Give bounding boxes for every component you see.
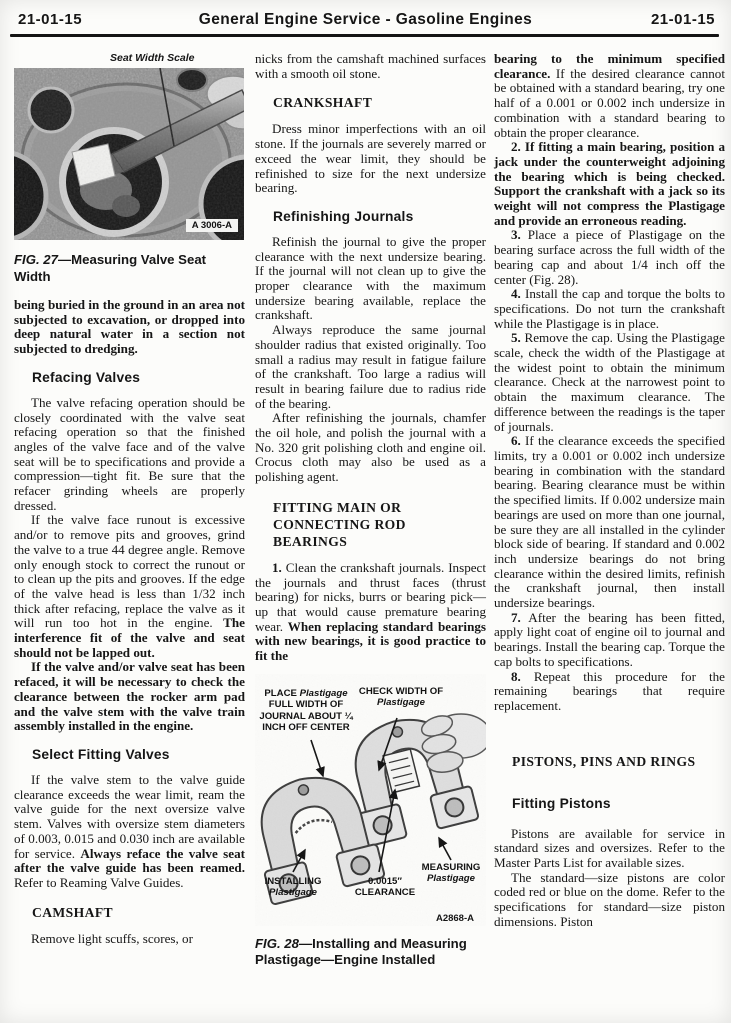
header-rule [10,34,719,37]
manual-page: 21-01-15 General Engine Service - Gasoli… [0,0,731,1023]
step-8-number: 8. [511,669,521,684]
heading-camshaft: CAMSHAFT [32,905,245,921]
paragraph-step-1: 1. Clean the crankshaft journals. Inspec… [255,561,486,664]
step-7-text: After the bearing has been fitted, apply… [494,610,725,669]
heading-refinishing-journals: Refinishing Journals [273,209,486,224]
heading-refacing-valves: Refacing Valves [32,370,245,385]
step-5-text: Remove the cap. Using the Plastigage sca… [494,330,725,433]
step-4-text: Install the cap and torque the bolts to … [494,286,725,330]
fig28-label-measuring: MEASURINGPlastigage [417,862,485,885]
paragraph-select-fitting: If the valve stem to the valve guide cle… [14,773,245,891]
fig28-label-installing: INSTALLINGPlastigage [257,876,329,899]
step-8-text: Repeat this procedure for the remaining … [494,669,725,713]
column-right: bearing to the minimum specified clearan… [494,52,725,930]
fig28-caption-number: FIG. 28 [255,936,299,951]
fig28-label-check-italic: Plastigage [377,697,425,708]
fig28-label-place-italic: Plastigage [300,688,348,699]
fig28-label-place-pre: PLACE [264,688,299,699]
paragraph-pistons-1: Pistons are available for service in sta… [494,827,725,871]
paragraph-step-8: 8. Repeat this procedure for the remaini… [494,670,725,714]
fig28-label-installing-line1: INSTALLING [265,876,322,887]
paragraph-step-3: 3. Place a piece of Plastigage on the be… [494,228,725,287]
valve-seat-photo-graphic [14,68,244,240]
step-3-number: 3. [511,227,521,242]
fig28-label-clearance-word: CLEARANCE [355,887,415,898]
step-6-number: 6. [511,433,521,448]
fig28-label-place: PLACE Plastigage FULL WIDTH OF JOURNAL A… [255,688,357,734]
step-1-bold: When replacing standard bearings with ne… [255,619,486,663]
page-title: General Engine Service - Gasoline Engine… [0,11,731,29]
fig28-label-check-width: CHECK WIDTH OFPlastigage [351,686,451,709]
paragraph-pistons-2: The standard—size pistons are color code… [494,871,725,930]
paragraph-refinish-2: Always reproduce the same journal should… [255,323,486,411]
heading-select-fitting-valves: Select Fitting Valves [32,747,245,762]
fig28-label-check-line1: CHECK WIDTH OF [359,686,443,697]
paragraph-dress: Dress minor imperfections with an oil st… [255,122,486,196]
paragraph-select-b: Refer to Reaming Valve Guides. [14,875,184,890]
heading-pistons-pins-rings: PISTONS, PINS AND RINGS [512,754,725,770]
paragraph-step-7: 7. After the bearing has been fitted, ap… [494,611,725,670]
column-middle: nicks from the camshaft machined surface… [255,52,486,969]
heading-crankshaft: CRANKSHAFT [273,95,486,111]
figure-27: Seat Width Scale [14,40,245,285]
fig27-caption: FIG. 27—Measuring Valve Seat Width [14,252,245,285]
paragraph-refinish-3: After refinishing the journals, chamfer … [255,411,486,485]
paragraph-step-6: 6. If the clearance exceeds the specifie… [494,434,725,610]
paragraph-bearing-min: bearing to the minimum specified clearan… [494,52,725,140]
fig28-label-measuring-italic: Plastigage [427,873,475,884]
paragraph-refacing-1: The valve refacing operation should be c… [14,396,245,514]
step-7-number: 7. [511,610,521,625]
paragraph-refaced: If the valve and/or valve seat has been … [14,660,245,734]
fig28-label-installing-italic: Plastigage [269,887,317,898]
paragraph-refacing-2: If the valve face runout is excessive an… [14,513,245,660]
paragraph-buried: being buried in the ground in an area no… [14,298,245,357]
fig28-label-clearance: 0.0015″CLEARANCE [347,876,423,899]
fig27-photo-id: A 3006-A [186,219,238,232]
fig28-label-clearance-value: 0.0015″ [368,876,402,887]
heading-fitting-main-bearings: FITTING MAIN OR CONNECTING ROD BEARINGS [273,499,423,550]
fig27-caption-number: FIG. 27 [14,252,58,267]
fig28-label-measuring-line1: MEASURING [422,862,481,873]
step-3-text: Place a piece of Plastigage on the beari… [494,227,725,286]
fig27-photo: A 3006-A [14,68,244,240]
figure-28: PLACE Plastigage FULL WIDTH OF JOURNAL A… [255,674,486,926]
fig28-caption: FIG. 28—Installing and Measuring Plastig… [255,936,486,969]
fig28-id: A2868-A [436,913,474,924]
page-header: 21-01-15 General Engine Service - Gasoli… [0,8,731,42]
paragraph-step-5: 5. Remove the cap. Using the Plastigage … [494,331,725,434]
step-4-number: 4. [511,286,521,301]
paragraph-nicks: nicks from the camshaft machined surface… [255,52,486,81]
paragraph-step-2: 2. If fitting a main bearing, position a… [494,140,725,228]
step-5-number: 5. [511,330,521,345]
paragraph-refacing-2-normal: If the valve face runout is excessive an… [14,512,245,630]
page-number-right: 21-01-15 [651,11,715,28]
heading-fitting-pistons: Fitting Pistons [512,796,725,811]
paragraph-refinish-1: Refinish the journal to give the proper … [255,235,486,323]
column-left: Seat Width Scale [14,40,245,946]
step-6-text: If the clearance exceeds the specified l… [494,433,725,610]
fig27-callout-label: Seat Width Scale [110,52,245,64]
paragraph-step-4: 4. Install the cap and torque the bolts … [494,287,725,331]
paragraph-camshaft: Remove light scuffs, scores, or [14,932,245,947]
fig28-label-place-post: FULL WIDTH OF JOURNAL ABOUT ¼ INCH OFF C… [259,699,352,733]
step-1-number: 1. [272,560,282,575]
